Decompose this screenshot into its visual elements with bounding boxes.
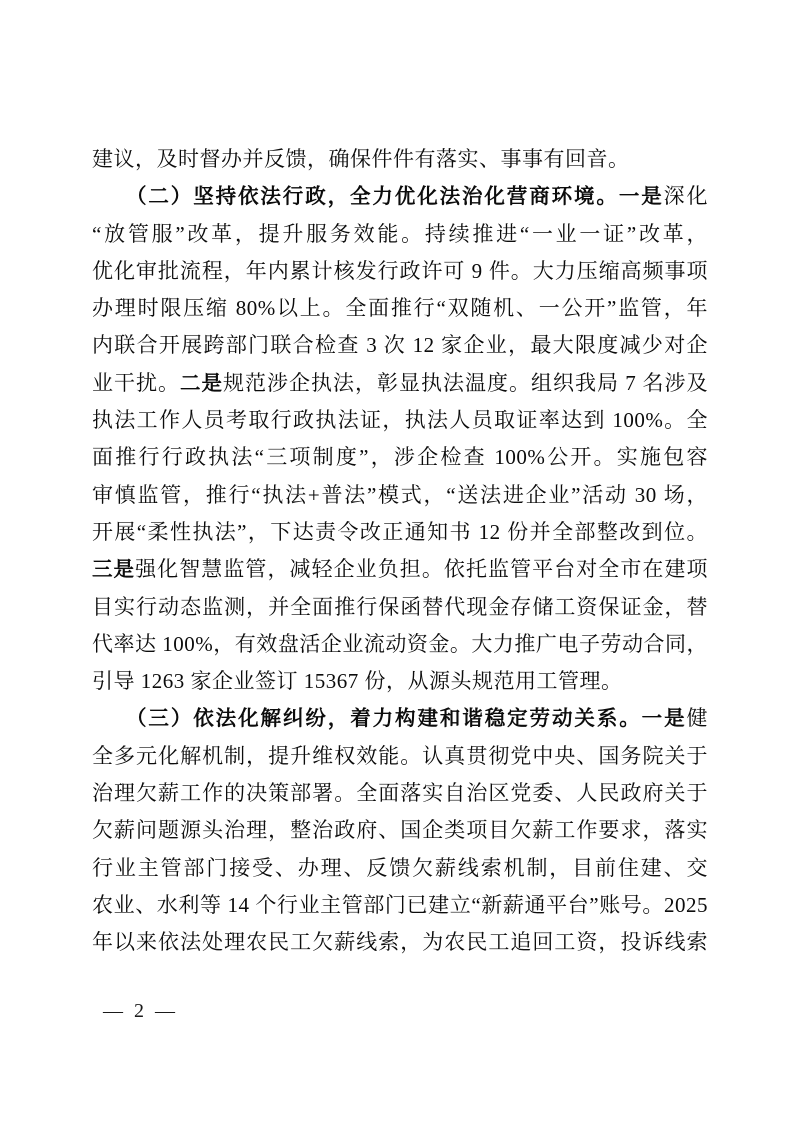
text-line: 执法工作人员考取行政执法证，执法人员取证率达到 100%。全 <box>92 402 708 439</box>
text-segment: 规范涉企执法，彰显执法温度。组织我局 7 名涉及 <box>223 371 708 395</box>
text-segment: 优化审批流程，年内累计核发行政许可 9 件。大力压缩高频事项 <box>92 259 708 283</box>
text-segment: 目实行动态监测，并全面推行保函替代现金存储工资保证金，替 <box>92 595 708 619</box>
text-segment: 治理欠薪工作的决策部署。全面落实自治区党委、人民政府关于 <box>92 781 708 805</box>
text-line: 办理时限压缩 80%以上。全面推行“双随机、一公开”监管，年 <box>92 290 708 327</box>
page-number: — 2 — <box>103 1000 178 1023</box>
bold-text-segment: （三）依法化解纠纷，着力构建和谐稳定劳动关系。 <box>126 707 642 730</box>
document-page: 建议，及时督办并反馈，确保件件有落实、事事有回音。（二）坚持依法行政，全力优化法… <box>0 0 793 1122</box>
text-segment: 业干扰。 <box>92 371 180 395</box>
text-segment: 办理时限压缩 80%以上。全面推行“双随机、一公开”监管，年 <box>92 296 708 320</box>
text-segment: 建议，及时督办并反馈，确保件件有落实、事事有回音。 <box>92 147 630 171</box>
text-line: 引导 1263 家企业签订 15367 份，从源头规范用工管理。 <box>92 663 708 700</box>
text-segment: “放管服”改革，提升服务效能。持续推进“一业一证”改革， <box>92 222 708 246</box>
text-line: 行业主管部门接受、办理、反馈欠薪线索机制，目前住建、交通、 <box>92 850 708 887</box>
text-segment: 审慎监管，推行“执法+普法”模式，“送法进企业”活动 30 场， <box>92 483 708 507</box>
text-segment: 欠薪问题源头治理，整治政府、国企类项目欠薪工作要求，落实 <box>92 818 708 842</box>
text-segment: 深化 <box>664 184 708 208</box>
text-segment: 内联合开展跨部门联合检查 3 次 12 家企业，最大限度减少对企 <box>92 333 708 357</box>
text-line: 建议，及时督办并反馈，确保件件有落实、事事有回音。 <box>92 141 708 178</box>
text-line: “放管服”改革，提升服务效能。持续推进“一业一证”改革， <box>92 216 708 253</box>
text-line: 优化审批流程，年内累计核发行政许可 9 件。大力压缩高频事项 <box>92 253 708 290</box>
text-segment: 代率达 100%，有效盘活企业流动资金。大力推广电子劳动合同， <box>92 632 708 656</box>
text-line: 农业、水利等 14 个行业主管部门已建立“新薪通平台”账号。2025 <box>92 887 708 924</box>
text-line: 面推行行政执法“三项制度”，涉企检查 100%公开。实施包容 <box>92 439 708 476</box>
text-segment: 执法工作人员考取行政执法证，执法人员取证率达到 100%。全 <box>92 408 708 432</box>
text-line: 审慎监管，推行“执法+普法”模式，“送法进企业”活动 30 场， <box>92 477 708 514</box>
text-line: 全多元化解机制，提升维权效能。认真贯彻党中央、国务院关于 <box>92 738 708 775</box>
text-segment: 行业主管部门接受、办理、反馈欠薪线索机制，目前住建、交通、 <box>92 856 708 887</box>
text-segment: 年以来依法处理农民工欠薪线索，为农民工追回工资，投诉线索 <box>92 930 708 954</box>
text-line: （三）依法化解纠纷，着力构建和谐稳定劳动关系。一是健 <box>92 700 708 737</box>
document-body: 建议，及时督办并反馈，确保件件有落实、事事有回音。（二）坚持依法行政，全力优化法… <box>92 141 708 962</box>
text-line: 三是强化智慧监管，减轻企业负担。依托监管平台对全市在建项 <box>92 551 708 588</box>
text-line: （二）坚持依法行政，全力优化法治化营商环境。一是深化 <box>92 178 708 215</box>
bold-text-segment: 二是 <box>180 372 223 395</box>
text-segment: 健 <box>687 706 708 730</box>
text-segment: 全多元化解机制，提升维权效能。认真贯彻党中央、国务院关于 <box>92 744 708 768</box>
text-segment: 面推行行政执法“三项制度”，涉企检查 100%公开。实施包容 <box>92 445 708 469</box>
text-line: 内联合开展跨部门联合检查 3 次 12 家企业，最大限度减少对企 <box>92 327 708 364</box>
text-segment: 强化智慧监管，减轻企业负担。依托监管平台对全市在建项 <box>135 557 708 581</box>
text-line: 治理欠薪工作的决策部署。全面落实自治区党委、人民政府关于 <box>92 775 708 812</box>
text-line: 代率达 100%，有效盘活企业流动资金。大力推广电子劳动合同， <box>92 626 708 663</box>
bold-text-segment: 一是 <box>642 707 687 730</box>
text-line: 开展“柔性执法”，下达责令改正通知书 12 份并全部整改到位。 <box>92 514 708 551</box>
bold-text-segment: 一是 <box>619 185 664 208</box>
text-line: 业干扰。二是规范涉企执法，彰显执法温度。组织我局 7 名涉及 <box>92 365 708 402</box>
text-segment: 开展“柔性执法”，下达责令改正通知书 12 份并全部整改到位。 <box>92 520 708 544</box>
text-line: 目实行动态监测，并全面推行保函替代现金存储工资保证金，替 <box>92 589 708 626</box>
text-line: 年以来依法处理农民工欠薪线索，为农民工追回工资，投诉线索 <box>92 924 708 961</box>
text-segment: 引导 1263 家企业签订 15367 份，从源头规范用工管理。 <box>92 669 623 693</box>
text-line: 欠薪问题源头治理，整治政府、国企类项目欠薪工作要求，落实 <box>92 812 708 849</box>
bold-text-segment: 三是 <box>92 558 135 581</box>
bold-text-segment: （二）坚持依法行政，全力优化法治化营商环境。 <box>126 185 619 208</box>
text-segment: 农业、水利等 14 个行业主管部门已建立“新薪通平台”账号。2025 <box>92 893 708 917</box>
